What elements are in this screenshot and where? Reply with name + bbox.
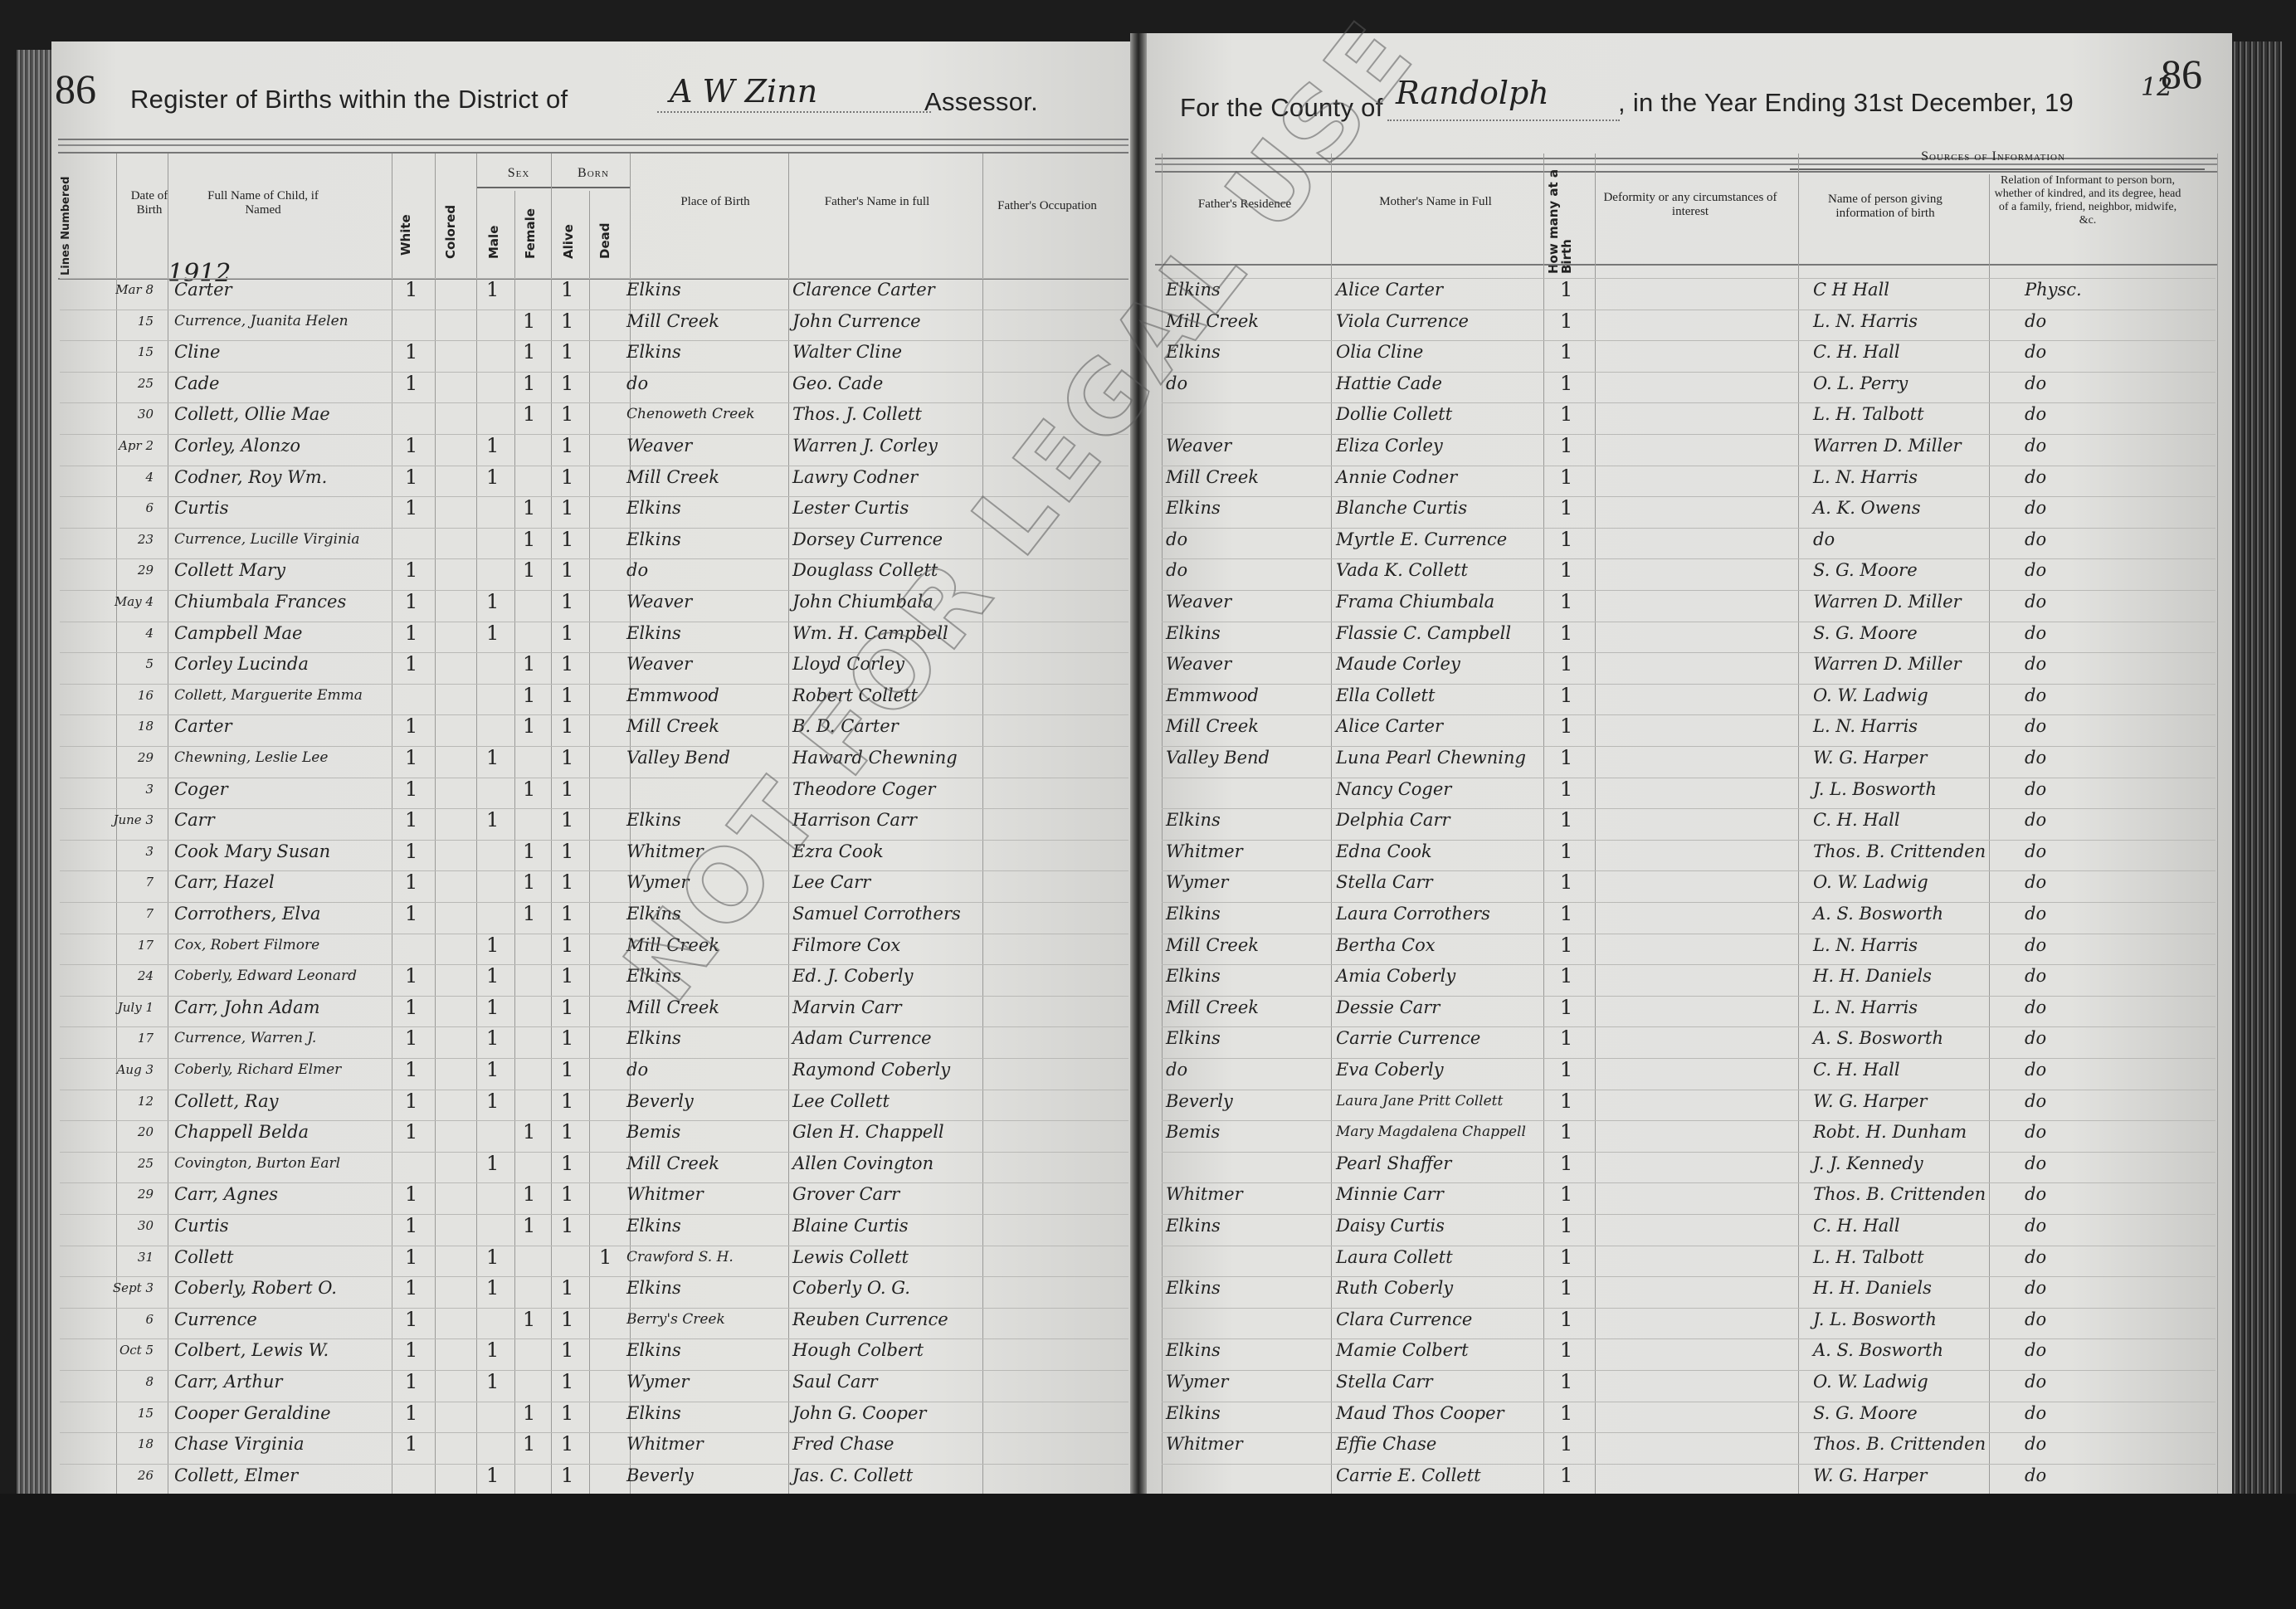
cell-alive: 1: [561, 462, 573, 493]
cell-place: Mill Creek: [626, 462, 780, 493]
col-group-sources: Sources of Information: [1811, 149, 2176, 163]
cell-white: 1: [405, 587, 417, 617]
cell-date: Sept 3: [108, 1273, 154, 1304]
cell-alive: 1: [561, 306, 573, 337]
cell-how-many: 1: [1560, 649, 1572, 680]
cell-female: 1: [523, 774, 535, 805]
cell-name: Carter: [174, 711, 390, 742]
cell-informant: L. N. Harris: [1813, 462, 1996, 493]
cell-name: Codner, Roy Wm.: [174, 462, 390, 493]
cell-how-many: 1: [1560, 1211, 1572, 1241]
cell-informant: Thos. B. Crittenden: [1813, 1429, 1996, 1460]
cell-informant: J. L. Bosworth: [1813, 774, 1996, 805]
cell-alive: 1: [561, 399, 573, 430]
cell-white: 1: [405, 1335, 417, 1366]
district-fill-line: [657, 111, 931, 113]
cell-father: John Currence: [792, 306, 979, 337]
cell-place: Elkins: [626, 1335, 780, 1366]
cell-informant: Warren D. Miller: [1813, 431, 1996, 461]
cell-male: 1: [486, 805, 499, 836]
cell-residence: Wymer: [1166, 867, 1332, 898]
cell-father: Hough Colbert: [792, 1335, 979, 1366]
cell-mother: Maude Corley: [1336, 649, 1543, 680]
cell-place: Elkins: [626, 618, 780, 649]
cell-name: Carr: [174, 805, 390, 836]
cell-alive: 1: [561, 431, 573, 461]
cell-male: 1: [486, 1055, 499, 1085]
col-fathers-occupation: Father's Occupation: [981, 199, 1114, 213]
cell-date: 25: [108, 368, 154, 399]
col-lines-numbered: Lines Numbered: [60, 177, 72, 275]
cell-date: 23: [108, 524, 154, 555]
assessor-label: Assessor.: [924, 87, 1038, 117]
cell-residence: Beverly: [1166, 1086, 1332, 1117]
cell-mother: Carrie Currence: [1336, 1023, 1543, 1054]
cell-relation: do: [2025, 1242, 2149, 1273]
bottom-background: [0, 1494, 2296, 1609]
cell-relation: do: [2025, 1460, 2149, 1491]
cell-date: June 3: [108, 805, 154, 836]
cell-relation: do: [2025, 587, 2149, 617]
cell-white: 1: [405, 1086, 417, 1117]
cell-place: Elkins: [626, 1273, 780, 1304]
cell-mother: Nancy Coger: [1336, 774, 1543, 805]
cell-relation: do: [2025, 555, 2149, 586]
cell-name: Collett, Ray: [174, 1086, 390, 1117]
cell-relation: do: [2025, 1367, 2149, 1397]
cell-how-many: 1: [1560, 1242, 1572, 1273]
cell-how-many: 1: [1560, 1398, 1572, 1429]
cell-father: Ed. J. Coberly: [792, 961, 979, 992]
cell-place: Elkins: [626, 337, 780, 368]
col-group-born: Born: [556, 166, 631, 180]
cell-alive: 1: [561, 1148, 573, 1179]
cell-place: Mill Creek: [626, 306, 780, 337]
cell-father: Lawry Codner: [792, 462, 979, 493]
cell-how-many: 1: [1560, 1460, 1572, 1491]
cell-informant: H. H. Daniels: [1813, 1273, 1996, 1304]
cell-relation: do: [2025, 1055, 2149, 1085]
cell-place: do: [626, 368, 780, 399]
cell-name: Cox, Robert Filmore: [174, 930, 390, 961]
cell-male: 1: [486, 992, 499, 1023]
cell-father: Coberly O. G.: [792, 1273, 979, 1304]
cell-mother: Laura Collett: [1336, 1242, 1543, 1273]
cell-how-many: 1: [1560, 1055, 1572, 1085]
cell-informant: A. K. Owens: [1813, 493, 1996, 524]
cell-place: Crawford S. H.: [626, 1242, 780, 1273]
cell-informant: O. W. Ladwig: [1813, 680, 1996, 711]
cell-father: Fred Chase: [792, 1429, 979, 1460]
cell-female: 1: [523, 1211, 535, 1241]
cell-date: May 4: [108, 587, 154, 617]
cell-mother: Laura Jane Pritt Collett: [1336, 1086, 1543, 1117]
cell-informant: A. S. Bosworth: [1813, 1335, 1996, 1366]
cell-white: 1: [405, 711, 417, 742]
cell-white: 1: [405, 867, 417, 898]
cell-alive: 1: [561, 1367, 573, 1397]
cell-informant: J. L. Bosworth: [1813, 1304, 1996, 1335]
cell-female: 1: [523, 306, 535, 337]
cell-name: Currence: [174, 1304, 390, 1335]
cell-residence: Elkins: [1166, 618, 1332, 649]
cell-informant: W. G. Harper: [1813, 743, 1996, 773]
cell-male: 1: [486, 930, 499, 961]
cell-how-many: 1: [1560, 1304, 1572, 1335]
cell-father: Adam Currence: [792, 1023, 979, 1054]
cell-informant: Thos. B. Crittenden: [1813, 1179, 1996, 1210]
cell-mother: Pearl Shaffer: [1336, 1148, 1543, 1179]
cell-mother: Mary Magdalena Chappell: [1336, 1117, 1543, 1148]
cell-residence: Elkins: [1166, 1023, 1332, 1054]
cell-male: 1: [486, 618, 499, 649]
cell-relation: do: [2025, 1117, 2149, 1148]
cell-white: 1: [405, 1023, 417, 1054]
cell-how-many: 1: [1560, 1335, 1572, 1366]
cell-relation: do: [2025, 1211, 2149, 1241]
cell-place: Beverly: [626, 1460, 780, 1491]
cell-male: 1: [486, 462, 499, 493]
cell-place: Weaver: [626, 431, 780, 461]
cell-relation: do: [2025, 462, 2149, 493]
book-edge-right: [2232, 41, 2282, 1535]
cell-place: Bemis: [626, 1117, 780, 1148]
cell-how-many: 1: [1560, 1117, 1572, 1148]
cell-how-many: 1: [1560, 306, 1572, 337]
cell-residence: Weaver: [1166, 431, 1332, 461]
cell-male: 1: [486, 1086, 499, 1117]
cell-white: 1: [405, 1179, 417, 1210]
cell-informant: L. N. Harris: [1813, 992, 1996, 1023]
cell-how-many: 1: [1560, 1179, 1572, 1210]
cell-how-many: 1: [1560, 711, 1572, 742]
cell-place: Weaver: [626, 587, 780, 617]
cell-father: Filmore Cox: [792, 930, 979, 961]
cell-relation: do: [2025, 836, 2149, 867]
cell-date: Mar 8: [108, 275, 154, 305]
cell-how-many: 1: [1560, 524, 1572, 555]
cell-how-many: 1: [1560, 1273, 1572, 1304]
cell-residence: Valley Bend: [1166, 743, 1332, 773]
cell-relation: do: [2025, 743, 2149, 773]
cell-male: 1: [486, 1148, 499, 1179]
cell-how-many: 1: [1560, 930, 1572, 961]
cell-residence: Weaver: [1166, 649, 1332, 680]
cell-date: 17: [108, 1023, 154, 1054]
cell-father: Lee Collett: [792, 1086, 979, 1117]
cell-mother: Myrtle E. Currence: [1336, 524, 1543, 555]
register-title: Register of Births within the District o…: [130, 85, 568, 115]
cell-residence: Mill Creek: [1166, 930, 1332, 961]
cell-informant: O. L. Perry: [1813, 368, 1996, 399]
cell-mother: Bertha Cox: [1336, 930, 1543, 961]
cell-alive: 1: [561, 961, 573, 992]
cell-place: Emmwood: [626, 680, 780, 711]
cell-informant: L. H. Talbott: [1813, 399, 1996, 430]
cell-mother: Ruth Coberly: [1336, 1273, 1543, 1304]
cell-residence: Whitmer: [1166, 1179, 1332, 1210]
cell-white: 1: [405, 743, 417, 773]
cell-informant: C H Hall: [1813, 275, 1996, 305]
cell-alive: 1: [561, 1304, 573, 1335]
cell-mother: Olia Cline: [1336, 337, 1543, 368]
cell-date: 15: [108, 1398, 154, 1429]
cell-female: 1: [523, 649, 535, 680]
cell-date: 24: [108, 961, 154, 992]
cell-female: 1: [523, 337, 535, 368]
cell-mother: Maud Thos Cooper: [1336, 1398, 1543, 1429]
cell-place: Mill Creek: [626, 1148, 780, 1179]
cell-relation: do: [2025, 1023, 2149, 1054]
cell-residence: do: [1166, 524, 1332, 555]
cell-place: Elkins: [626, 524, 780, 555]
cell-female: 1: [523, 1429, 535, 1460]
cell-name: Chase Virginia: [174, 1429, 390, 1460]
cell-alive: 1: [561, 618, 573, 649]
cell-female: 1: [523, 711, 535, 742]
cell-place: Weaver: [626, 649, 780, 680]
cell-white: 1: [405, 961, 417, 992]
cell-alive: 1: [561, 1023, 573, 1054]
cell-name: Carter: [174, 275, 390, 305]
col-male: Male: [486, 226, 501, 259]
cell-date: Apr 2: [108, 431, 154, 461]
cell-how-many: 1: [1560, 275, 1572, 305]
cell-relation: do: [2025, 306, 2149, 337]
cell-female: 1: [523, 368, 535, 399]
cell-female: 1: [523, 399, 535, 430]
cell-name: Curtis: [174, 493, 390, 524]
cell-informant: Robt. H. Dunham: [1813, 1117, 1996, 1148]
cell-name: Cline: [174, 337, 390, 368]
cell-date: 18: [108, 1429, 154, 1460]
cell-informant: A. S. Bosworth: [1813, 899, 1996, 929]
cell-informant: W. G. Harper: [1813, 1460, 1996, 1491]
cell-mother: Effie Chase: [1336, 1429, 1543, 1460]
cell-informant: S. G. Moore: [1813, 555, 1996, 586]
cell-date: 4: [108, 462, 154, 493]
cell-alive: 1: [561, 680, 573, 711]
cell-residence: Elkins: [1166, 1273, 1332, 1304]
col-informant-relation: Relation of Informant to person born, wh…: [1991, 174, 2184, 227]
cell-informant: L. N. Harris: [1813, 930, 1996, 961]
cell-place: do: [626, 1055, 780, 1085]
cell-alive: 1: [561, 1335, 573, 1366]
cell-place: Berry's Creek: [626, 1304, 780, 1335]
cell-date: 20: [108, 1117, 154, 1148]
cell-female: 1: [523, 555, 535, 586]
cell-mother: Annie Codner: [1336, 462, 1543, 493]
cell-white: 1: [405, 992, 417, 1023]
cell-male: 1: [486, 1460, 499, 1491]
cell-relation: do: [2025, 930, 2149, 961]
col-deformity: Deformity or any circumstances of intere…: [1599, 191, 1782, 219]
cell-name: Carr, Agnes: [174, 1179, 390, 1210]
cell-white: 1: [405, 275, 417, 305]
cell-white: 1: [405, 368, 417, 399]
district-name: A W Zinn: [670, 73, 817, 110]
cell-place: Wymer: [626, 1367, 780, 1397]
cell-date: 8: [108, 1367, 154, 1397]
cell-residence: Wymer: [1166, 1367, 1332, 1397]
cell-residence: Mill Creek: [1166, 711, 1332, 742]
cell-date: 30: [108, 399, 154, 430]
cell-name: Currence, Juanita Helen: [174, 306, 390, 337]
cell-mother: Vada K. Collett: [1336, 555, 1543, 586]
county-fill-line: [1387, 119, 1620, 121]
cell-white: 1: [405, 836, 417, 867]
cell-father: John G. Cooper: [792, 1398, 979, 1429]
col-group-sex: Sex: [481, 166, 556, 180]
cell-name: Cade: [174, 368, 390, 399]
cell-date: 3: [108, 836, 154, 867]
cell-relation: do: [2025, 899, 2149, 929]
cell-place: do: [626, 555, 780, 586]
cell-residence: Elkins: [1166, 961, 1332, 992]
cell-name: Cook Mary Susan: [174, 836, 390, 867]
cell-white: 1: [405, 618, 417, 649]
cell-male: 1: [486, 1273, 499, 1304]
col-how-many: How many at a Birth: [1547, 158, 1573, 274]
cell-place: Elkins: [626, 1211, 780, 1241]
cell-alive: 1: [561, 1086, 573, 1117]
cell-date: 12: [108, 1086, 154, 1117]
cell-relation: do: [2025, 805, 2149, 836]
cell-mother: Hattie Cade: [1336, 368, 1543, 399]
cell-how-many: 1: [1560, 992, 1572, 1023]
cell-female: 1: [523, 1304, 535, 1335]
cell-male: 1: [486, 1335, 499, 1366]
cell-residence: do: [1166, 555, 1332, 586]
cell-white: 1: [405, 1242, 417, 1273]
cell-residence: Bemis: [1166, 1117, 1332, 1148]
cell-alive: 1: [561, 493, 573, 524]
cell-relation: do: [2025, 649, 2149, 680]
cell-date: 3: [108, 774, 154, 805]
cell-dead: 1: [599, 1242, 612, 1273]
cell-how-many: 1: [1560, 1367, 1572, 1397]
cell-residence: Whitmer: [1166, 836, 1332, 867]
cell-father: Allen Covington: [792, 1148, 979, 1179]
cell-place: Whitmer: [626, 1179, 780, 1210]
cell-relation: do: [2025, 992, 2149, 1023]
cell-informant: W. G. Harper: [1813, 1086, 1996, 1117]
cell-how-many: 1: [1560, 587, 1572, 617]
cell-name: Collett Mary: [174, 555, 390, 586]
cell-name: Chappell Belda: [174, 1117, 390, 1148]
cell-place: Beverly: [626, 1086, 780, 1117]
left-page-number: 86: [55, 65, 96, 113]
cell-date: 5: [108, 649, 154, 680]
cell-how-many: 1: [1560, 431, 1572, 461]
cell-place: Whitmer: [626, 1429, 780, 1460]
cell-mother: Blanche Curtis: [1336, 493, 1543, 524]
cell-female: 1: [523, 867, 535, 898]
cell-female: 1: [523, 1179, 535, 1210]
cell-informant: C. H. Hall: [1813, 805, 1996, 836]
cell-father: Grover Carr: [792, 1179, 979, 1210]
sources-underline: [1790, 168, 2205, 170]
cell-alive: 1: [561, 774, 573, 805]
cell-name: Colbert, Lewis W.: [174, 1335, 390, 1366]
col-full-name: Full Name of Child, if Named: [193, 189, 334, 217]
cell-name: Coberly, Robert O.: [174, 1273, 390, 1304]
cell-alive: 1: [561, 1429, 573, 1460]
col-alive: Alive: [561, 224, 576, 259]
cell-informant: C. H. Hall: [1813, 337, 1996, 368]
cell-informant: O. W. Ladwig: [1813, 1367, 1996, 1397]
cell-mother: Stella Carr: [1336, 867, 1543, 898]
cell-female: 1: [523, 680, 535, 711]
cell-name: Corley, Alonzo: [174, 431, 390, 461]
cell-male: 1: [486, 1242, 499, 1273]
cell-name: Covington, Burton Earl: [174, 1148, 390, 1179]
cell-place: Elkins: [626, 1023, 780, 1054]
cell-informant: S. G. Moore: [1813, 1398, 1996, 1429]
cell-alive: 1: [561, 805, 573, 836]
cell-how-many: 1: [1560, 337, 1572, 368]
cell-alive: 1: [561, 867, 573, 898]
cell-alive: 1: [561, 899, 573, 929]
year-ending-label: , in the Year Ending 31st December, 19: [1618, 88, 2074, 118]
cell-father: Marvin Carr: [792, 992, 979, 1023]
cell-date: 17: [108, 930, 154, 961]
cell-white: 1: [405, 649, 417, 680]
cell-relation: do: [2025, 961, 2149, 992]
cell-relation: do: [2025, 431, 2149, 461]
cell-alive: 1: [561, 337, 573, 368]
cell-relation: do: [2025, 368, 2149, 399]
cell-residence: Elkins: [1166, 1211, 1332, 1241]
cell-father: Clarence Carter: [792, 275, 979, 305]
cell-name: Collett, Elmer: [174, 1460, 390, 1491]
cell-alive: 1: [561, 649, 573, 680]
cell-white: 1: [405, 899, 417, 929]
cell-date: 16: [108, 680, 154, 711]
cell-name: Corrothers, Elva: [174, 899, 390, 929]
cell-father: Lewis Collett: [792, 1242, 979, 1273]
cell-place: Elkins: [626, 493, 780, 524]
cell-informant: S. G. Moore: [1813, 618, 1996, 649]
cell-father: Geo. Cade: [792, 368, 979, 399]
cell-date: 29: [108, 743, 154, 773]
cell-white: 1: [405, 555, 417, 586]
cell-residence: Elkins: [1166, 493, 1332, 524]
cell-name: Carr, John Adam: [174, 992, 390, 1023]
cell-alive: 1: [561, 930, 573, 961]
cell-name: Curtis: [174, 1211, 390, 1241]
cell-relation: do: [2025, 1335, 2149, 1366]
cell-female: 1: [523, 1398, 535, 1429]
cell-mother: Eva Coberly: [1336, 1055, 1543, 1085]
cell-name: Carr, Hazel: [174, 867, 390, 898]
cell-alive: 1: [561, 1211, 573, 1241]
cell-residence: Elkins: [1166, 899, 1332, 929]
cell-residence: Elkins: [1166, 1335, 1332, 1366]
cell-how-many: 1: [1560, 1086, 1572, 1117]
cell-date: 7: [108, 867, 154, 898]
cell-mother: Ella Collett: [1336, 680, 1543, 711]
cell-male: 1: [486, 961, 499, 992]
cell-residence: Emmwood: [1166, 680, 1332, 711]
cell-how-many: 1: [1560, 1023, 1572, 1054]
cell-how-many: 1: [1560, 774, 1572, 805]
col-dead: Dead: [597, 223, 612, 259]
cell-how-many: 1: [1560, 555, 1572, 586]
cell-relation: do: [2025, 1179, 2149, 1210]
cell-relation: do: [2025, 1429, 2149, 1460]
cell-name: Collett, Ollie Mae: [174, 399, 390, 430]
